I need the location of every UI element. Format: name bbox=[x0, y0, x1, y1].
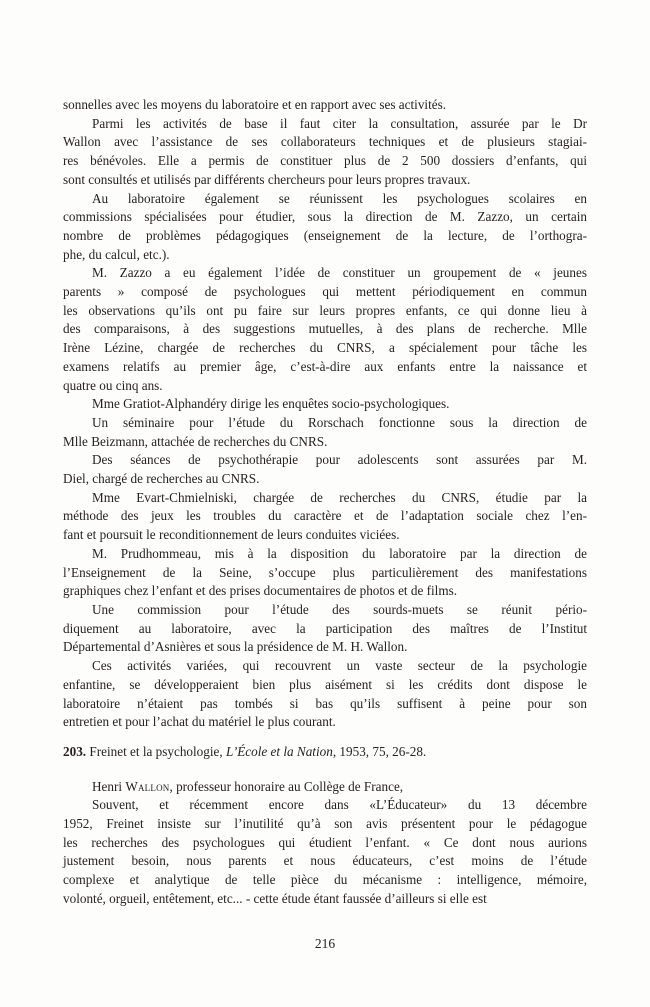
text-segment: M. Prudhommeau, mis à la disposition du … bbox=[92, 546, 587, 561]
paragraph-psychotherapie: Des séances de psychothérapie pour adole… bbox=[63, 451, 587, 488]
text-line: sonnelles avec les moyens du laboratoire… bbox=[63, 96, 587, 115]
text-line: les observations qu’ils ont pu faire sur… bbox=[63, 302, 587, 321]
text-segment: Un séminaire pour l’étude du Rorschach f… bbox=[92, 415, 587, 430]
text-segment: Henri bbox=[92, 779, 125, 794]
text-line: volonté, orgueil, entêtement, etc... - c… bbox=[63, 890, 587, 909]
bibliography-entry-203: 203. Freinet et la psychologie, L’École … bbox=[63, 743, 587, 762]
text-segment: Mme Evart-Chmielniski, chargée de recher… bbox=[92, 490, 587, 505]
text-segment: Freinet et la psychologie, bbox=[86, 744, 226, 759]
text-segment: Des séances de psychothérapie pour adole… bbox=[92, 452, 587, 467]
paragraph-consultation: Parmi les activités de base il faut cite… bbox=[63, 115, 587, 190]
text-line: Irène Lézine, chargée de recherches du C… bbox=[63, 339, 587, 358]
text-line: res bénévoles. Elle a permis de constitu… bbox=[63, 152, 587, 171]
text-line: nombre de problèmes pédagogiques (enseig… bbox=[63, 227, 587, 246]
text-segment: Une commission pour l’étude des sourds-m… bbox=[92, 602, 587, 617]
text-segment: l’Enseignement de la Seine, s’occupe plu… bbox=[63, 565, 587, 580]
paragraph-souvent: Souvent, et récemment encore dans «L’Édu… bbox=[63, 796, 587, 908]
text-segment: Wallon avec l’assistance de ses collabor… bbox=[63, 134, 587, 149]
text-line: graphiques chez l’enfant et des prises d… bbox=[63, 582, 587, 601]
text-line: Mme Evart-Chmielniski, chargée de recher… bbox=[63, 489, 587, 508]
text-segment: les observations qu’ils ont pu faire sur… bbox=[63, 303, 587, 318]
text-line: Au laboratoire également se réunissent l… bbox=[63, 190, 587, 209]
text-segment: Diel, chargé de recherches au CNRS. bbox=[63, 471, 259, 486]
text-line: Ces activités variées, qui recouvrent un… bbox=[63, 657, 587, 676]
text-segment: sonnelles avec les moyens du laboratoire… bbox=[63, 97, 446, 112]
text-segment: phe, du calcul, etc.). bbox=[63, 247, 170, 262]
text-segment: commissions spécialisées pour étudier, s… bbox=[63, 209, 587, 224]
paragraph-rorschach: Un séminaire pour l’étude du Rorschach f… bbox=[63, 414, 587, 451]
text-segment: Mlle Beizmann, attachée de recherches du… bbox=[63, 434, 327, 449]
scanned-book-page: sonnelles avec les moyens du laboratoire… bbox=[0, 0, 650, 1007]
text-segment: Irène Lézine, chargée de recherches du C… bbox=[63, 340, 587, 355]
text-segment: justement besoin, nous parents et nous é… bbox=[63, 853, 587, 868]
text-segment: nombre de problèmes pédagogiques (enseig… bbox=[63, 228, 587, 243]
paragraph-evart: Mme Evart-Chmielniski, chargée de recher… bbox=[63, 489, 587, 545]
text-segment: res bénévoles. Elle a permis de constitu… bbox=[63, 153, 587, 168]
text-line: 1952, Freinet insiste sur l’inutilité qu… bbox=[63, 815, 587, 834]
text-line: Une commission pour l’étude des sourds-m… bbox=[63, 601, 587, 620]
paragraph-henri-wallon: Henri Wallon, professeur honoraire au Co… bbox=[63, 778, 587, 797]
text-segment: fant et poursuit le reconditionnement de… bbox=[63, 527, 400, 542]
text-segment: des comparaisons, à des suggestions mutu… bbox=[63, 321, 587, 336]
text-segment: volonté, orgueil, entêtement, etc... - c… bbox=[63, 891, 487, 906]
text-line: M. Prudhommeau, mis à la disposition du … bbox=[63, 545, 587, 564]
text-line: examens relatifs au premier âge, c’est-à… bbox=[63, 358, 587, 377]
text-line: Parmi les activités de base il faut cite… bbox=[63, 115, 587, 134]
text-segment: Wallon bbox=[125, 779, 169, 794]
text-segment: 203. bbox=[63, 744, 86, 759]
text-segment: , professeur honoraire au Collège de Fra… bbox=[169, 779, 403, 794]
text-segment: sont consultés et utilisés par différent… bbox=[63, 172, 470, 187]
text-line: parents » composé de psychologues qui me… bbox=[63, 283, 587, 302]
paragraph-continuation: sonnelles avec les moyens du laboratoire… bbox=[63, 96, 587, 115]
text-line: commissions spécialisées pour étudier, s… bbox=[63, 208, 587, 227]
text-line: fant et poursuit le reconditionnement de… bbox=[63, 526, 587, 545]
text-segment: les recherches des psychologues qui étud… bbox=[63, 835, 587, 850]
text-segment: enfantine, se développeraient bien plus … bbox=[63, 677, 587, 692]
text-line: Wallon avec l’assistance de ses collabor… bbox=[63, 133, 587, 152]
text-line: Souvent, et récemment encore dans «L’Édu… bbox=[63, 796, 587, 815]
paragraph-sourds-muets: Une commission pour l’étude des sourds-m… bbox=[63, 601, 587, 657]
text-line: complexe et analytique de telle pièce du… bbox=[63, 871, 587, 890]
text-line: Mlle Beizmann, attachée de recherches du… bbox=[63, 433, 587, 452]
paragraph-credits: Ces activités variées, qui recouvrent un… bbox=[63, 657, 587, 732]
text-segment: entretien et pour l’achat du matériel le… bbox=[63, 714, 336, 729]
text-segment: méthode des jeux les troubles du caractè… bbox=[63, 508, 587, 523]
text-segment: , 1953, 75, 26-28. bbox=[333, 744, 426, 759]
text-line: des comparaisons, à des suggestions mutu… bbox=[63, 320, 587, 339]
text-segment: parents » composé de psychologues qui me… bbox=[63, 284, 587, 299]
text-segment: diquement au laboratoire, avec la partic… bbox=[63, 621, 587, 636]
text-line: Un séminaire pour l’étude du Rorschach f… bbox=[63, 414, 587, 433]
text-segment: Départemental d’Asnières et sous la prés… bbox=[63, 639, 407, 654]
text-segment: Mme Gratiot-Alphandéry dirige les enquêt… bbox=[92, 396, 449, 411]
paragraph-commissions: Au laboratoire également se réunissent l… bbox=[63, 190, 587, 265]
text-segment: M. Zazzo a eu également l’idée de consti… bbox=[92, 265, 587, 280]
text-block: sonnelles avec les moyens du laboratoire… bbox=[63, 96, 587, 909]
text-segment: graphiques chez l’enfant et des prises d… bbox=[63, 583, 457, 598]
text-segment: Souvent, et récemment encore dans «L’Édu… bbox=[92, 797, 587, 812]
paragraph-gratiot: Mme Gratiot-Alphandéry dirige les enquêt… bbox=[63, 395, 587, 414]
text-line: l’Enseignement de la Seine, s’occupe plu… bbox=[63, 564, 587, 583]
text-line: diquement au laboratoire, avec la partic… bbox=[63, 620, 587, 639]
text-segment: Parmi les activités de base il faut cite… bbox=[92, 116, 587, 131]
text-line: 203. Freinet et la psychologie, L’École … bbox=[63, 743, 587, 762]
page-number: 216 bbox=[0, 936, 650, 952]
text-line: sont consultés et utilisés par différent… bbox=[63, 171, 587, 190]
text-line: justement besoin, nous parents et nous é… bbox=[63, 852, 587, 871]
text-line: entretien et pour l’achat du matériel le… bbox=[63, 713, 587, 732]
text-line: Henri Wallon, professeur honoraire au Co… bbox=[63, 778, 587, 797]
text-segment: quatre ou cinq ans. bbox=[63, 378, 163, 393]
text-line: Diel, chargé de recherches au CNRS. bbox=[63, 470, 587, 489]
text-segment: Au laboratoire également se réunissent l… bbox=[92, 191, 587, 206]
text-segment: L’École et la Nation bbox=[226, 744, 333, 759]
paragraph-prudhommeau: M. Prudhommeau, mis à la disposition du … bbox=[63, 545, 587, 601]
text-segment: Ces activités variées, qui recouvrent un… bbox=[92, 658, 587, 673]
text-line: Départemental d’Asnières et sous la prés… bbox=[63, 638, 587, 657]
text-segment: laboratoire n’étaient pas tombés si bas … bbox=[63, 696, 587, 711]
text-line: Des séances de psychothérapie pour adole… bbox=[63, 451, 587, 470]
text-segment: examens relatifs au premier âge, c’est-à… bbox=[63, 359, 587, 374]
text-segment: complexe et analytique de telle pièce du… bbox=[63, 872, 587, 887]
text-line: M. Zazzo a eu également l’idée de consti… bbox=[63, 264, 587, 283]
text-segment: 1952, Freinet insiste sur l’inutilité qu… bbox=[63, 816, 587, 831]
text-line: méthode des jeux les troubles du caractè… bbox=[63, 507, 587, 526]
text-line: laboratoire n’étaient pas tombés si bas … bbox=[63, 695, 587, 714]
paragraph-jeunes-parents: M. Zazzo a eu également l’idée de consti… bbox=[63, 264, 587, 395]
text-line: quatre ou cinq ans. bbox=[63, 377, 587, 396]
text-line: les recherches des psychologues qui étud… bbox=[63, 834, 587, 853]
text-line: enfantine, se développeraient bien plus … bbox=[63, 676, 587, 695]
text-line: phe, du calcul, etc.). bbox=[63, 246, 587, 265]
text-line: Mme Gratiot-Alphandéry dirige les enquêt… bbox=[63, 395, 587, 414]
